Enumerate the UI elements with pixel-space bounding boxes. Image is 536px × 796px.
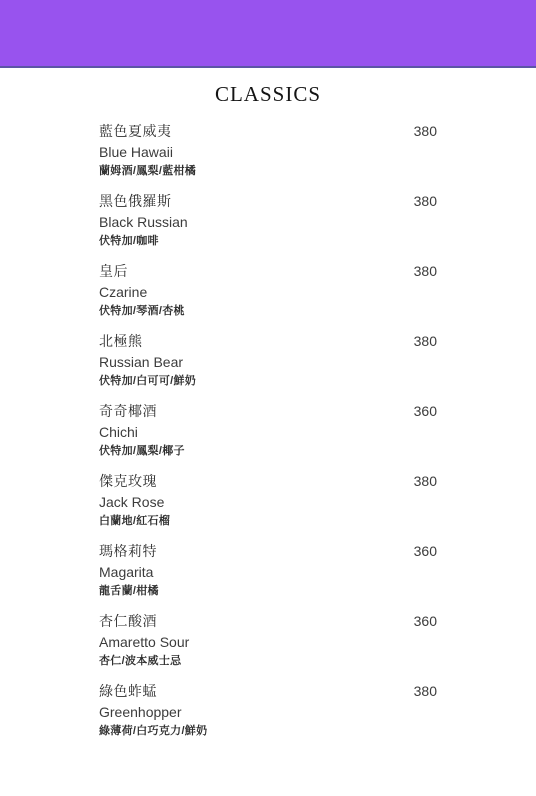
menu-item: 黑色俄羅斯 Black Russian 伏特加/咖啡 380 <box>99 191 437 249</box>
item-price: 380 <box>414 191 437 211</box>
item-ingredients: 龍舌蘭/柑橘 <box>99 584 159 599</box>
menu-item: 傑克玫瑰 Jack Rose 白蘭地/紅石榴 380 <box>99 471 437 529</box>
item-names: 瑪格莉特 Magarita 龍舌蘭/柑橘 <box>99 541 159 599</box>
item-name-en: Greenhopper <box>99 702 207 722</box>
item-names: 藍色夏威夷 Blue Hawaii 蘭姆酒/鳳梨/藍柑橘 <box>99 121 196 179</box>
item-price: 380 <box>414 681 437 701</box>
item-ingredients: 綠薄荷/白巧克力/鮮奶 <box>99 724 207 739</box>
item-name-zh: 黑色俄羅斯 <box>99 191 188 211</box>
menu-item: 瑪格莉特 Magarita 龍舌蘭/柑橘 360 <box>99 541 437 599</box>
menu-page: CLASSICS 藍色夏威夷 Blue Hawaii 蘭姆酒/鳳梨/藍柑橘 38… <box>0 0 536 739</box>
menu-item: 奇奇椰酒 Chichi 伏特加/鳳梨/椰子 360 <box>99 401 437 459</box>
item-name-en: Amaretto Sour <box>99 632 189 652</box>
item-name-en: Russian Bear <box>99 352 196 372</box>
item-name-zh: 瑪格莉特 <box>99 541 159 561</box>
item-name-en: Magarita <box>99 562 159 582</box>
header-band <box>0 0 536 68</box>
menu-list: 藍色夏威夷 Blue Hawaii 蘭姆酒/鳳梨/藍柑橘 380 黑色俄羅斯 B… <box>0 106 536 739</box>
item-ingredients: 伏特加/咖啡 <box>99 234 188 249</box>
item-ingredients: 白蘭地/紅石榴 <box>99 514 170 529</box>
item-name-zh: 北極熊 <box>99 331 196 351</box>
item-names: 杏仁酸酒 Amaretto Sour 杏仁/波本威士忌 <box>99 611 189 669</box>
item-price: 360 <box>414 541 437 561</box>
item-name-zh: 綠色蚱蜢 <box>99 681 207 701</box>
item-names: 皇后 Czarine 伏特加/琴酒/杏桃 <box>99 261 185 319</box>
item-name-zh: 杏仁酸酒 <box>99 611 189 631</box>
item-name-en: Blue Hawaii <box>99 142 196 162</box>
item-ingredients: 伏特加/鳳梨/椰子 <box>99 444 185 459</box>
item-names: 綠色蚱蜢 Greenhopper 綠薄荷/白巧克力/鮮奶 <box>99 681 207 739</box>
item-name-zh: 藍色夏威夷 <box>99 121 196 141</box>
item-price: 360 <box>414 611 437 631</box>
item-price: 380 <box>414 121 437 141</box>
item-name-zh: 傑克玫瑰 <box>99 471 170 491</box>
menu-item: 綠色蚱蜢 Greenhopper 綠薄荷/白巧克力/鮮奶 380 <box>99 681 437 739</box>
item-names: 北極熊 Russian Bear 伏特加/白可可/鮮奶 <box>99 331 196 389</box>
item-name-zh: 奇奇椰酒 <box>99 401 185 421</box>
item-names: 傑克玫瑰 Jack Rose 白蘭地/紅石榴 <box>99 471 170 529</box>
item-ingredients: 杏仁/波本威士忌 <box>99 654 189 669</box>
page-title: CLASSICS <box>0 82 536 106</box>
item-price: 380 <box>414 261 437 281</box>
item-ingredients: 伏特加/白可可/鮮奶 <box>99 374 196 389</box>
item-ingredients: 蘭姆酒/鳳梨/藍柑橘 <box>99 164 196 179</box>
menu-item: 皇后 Czarine 伏特加/琴酒/杏桃 380 <box>99 261 437 319</box>
item-name-en: Chichi <box>99 422 185 442</box>
item-ingredients: 伏特加/琴酒/杏桃 <box>99 304 185 319</box>
item-name-en: Jack Rose <box>99 492 170 512</box>
menu-item: 藍色夏威夷 Blue Hawaii 蘭姆酒/鳳梨/藍柑橘 380 <box>99 121 437 179</box>
item-name-en: Black Russian <box>99 212 188 232</box>
item-price: 360 <box>414 401 437 421</box>
item-name-en: Czarine <box>99 282 185 302</box>
item-price: 380 <box>414 331 437 351</box>
item-name-zh: 皇后 <box>99 261 185 281</box>
menu-item: 杏仁酸酒 Amaretto Sour 杏仁/波本威士忌 360 <box>99 611 437 669</box>
menu-item: 北極熊 Russian Bear 伏特加/白可可/鮮奶 380 <box>99 331 437 389</box>
item-names: 黑色俄羅斯 Black Russian 伏特加/咖啡 <box>99 191 188 249</box>
item-price: 380 <box>414 471 437 491</box>
item-names: 奇奇椰酒 Chichi 伏特加/鳳梨/椰子 <box>99 401 185 459</box>
